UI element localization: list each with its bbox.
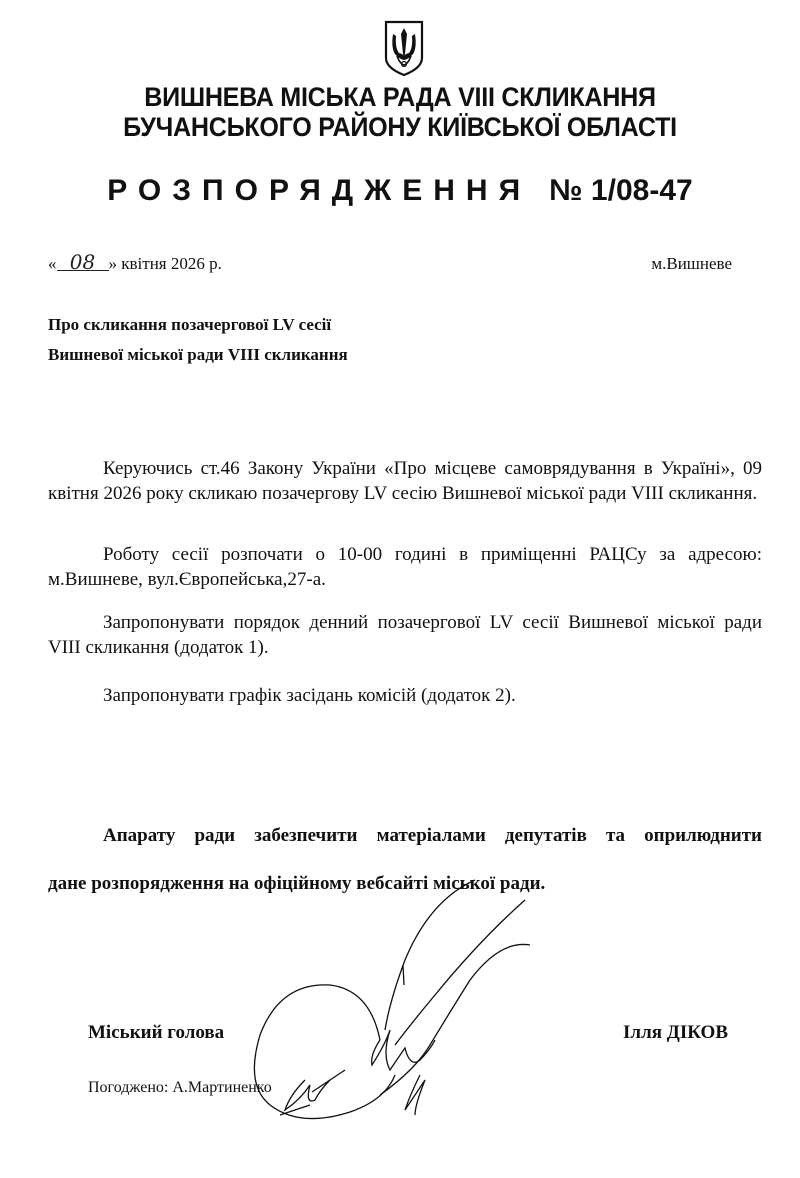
title-word: РОЗПОРЯДЖЕННЯ (107, 174, 531, 207)
signatory-name: Ілля ДІКОВ (623, 1022, 728, 1044)
document-date: «08» квітня 2026 р. (48, 254, 222, 274)
paragraph-agenda: Запропонувати порядок денний позачергово… (48, 610, 762, 660)
body-paragraph: Запропонувати графік засідань комісій (д… (48, 683, 762, 708)
date-month-year: квітня 2026 р. (121, 254, 222, 273)
paragraph-location: Роботу сесії розпочати о 10-00 годині в … (48, 542, 762, 592)
subject-line-1: Про скликання позачергової LV сесії (48, 315, 331, 335)
body-paragraph: Керуючись ст.46 Закону України «Про місц… (48, 456, 762, 506)
body-paragraph: Роботу сесії розпочати о 10-00 годині в … (48, 542, 762, 592)
handwritten-signature-icon (220, 870, 560, 1170)
paragraph-schedule: Запропонувати графік засідань комісій (д… (48, 683, 762, 708)
coat-of-arms-icon (380, 18, 428, 78)
council-name: ВИШНЕВА МІСЬКА РАДА VIII СКЛИКАННЯ (28, 82, 772, 113)
date-close-quote: » (109, 254, 118, 273)
signatory-role: Міський голова (88, 1022, 224, 1044)
body-paragraph: Запропонувати порядок денний позачергово… (48, 610, 762, 660)
publication-instruction-line-1: Апарату ради забезпечити матеріалами деп… (48, 825, 762, 847)
date-day-handwritten: 08 (57, 254, 109, 271)
document-city: м.Вишневе (651, 254, 732, 274)
document-number: № 1/08-47 (549, 174, 693, 207)
district-name: БУЧАНСЬКОГО РАЙОНУ КИЇВСЬКОЇ ОБЛАСТІ (28, 112, 772, 143)
paragraph-convene: Керуючись ст.46 Закону України «Про місц… (48, 456, 762, 506)
document-title: РОЗПОРЯДЖЕННЯ№ 1/08-47 (0, 174, 800, 208)
date-open-quote: « (48, 254, 57, 273)
subject-line-2: Вишневої міської ради VIII скликання (48, 345, 348, 365)
